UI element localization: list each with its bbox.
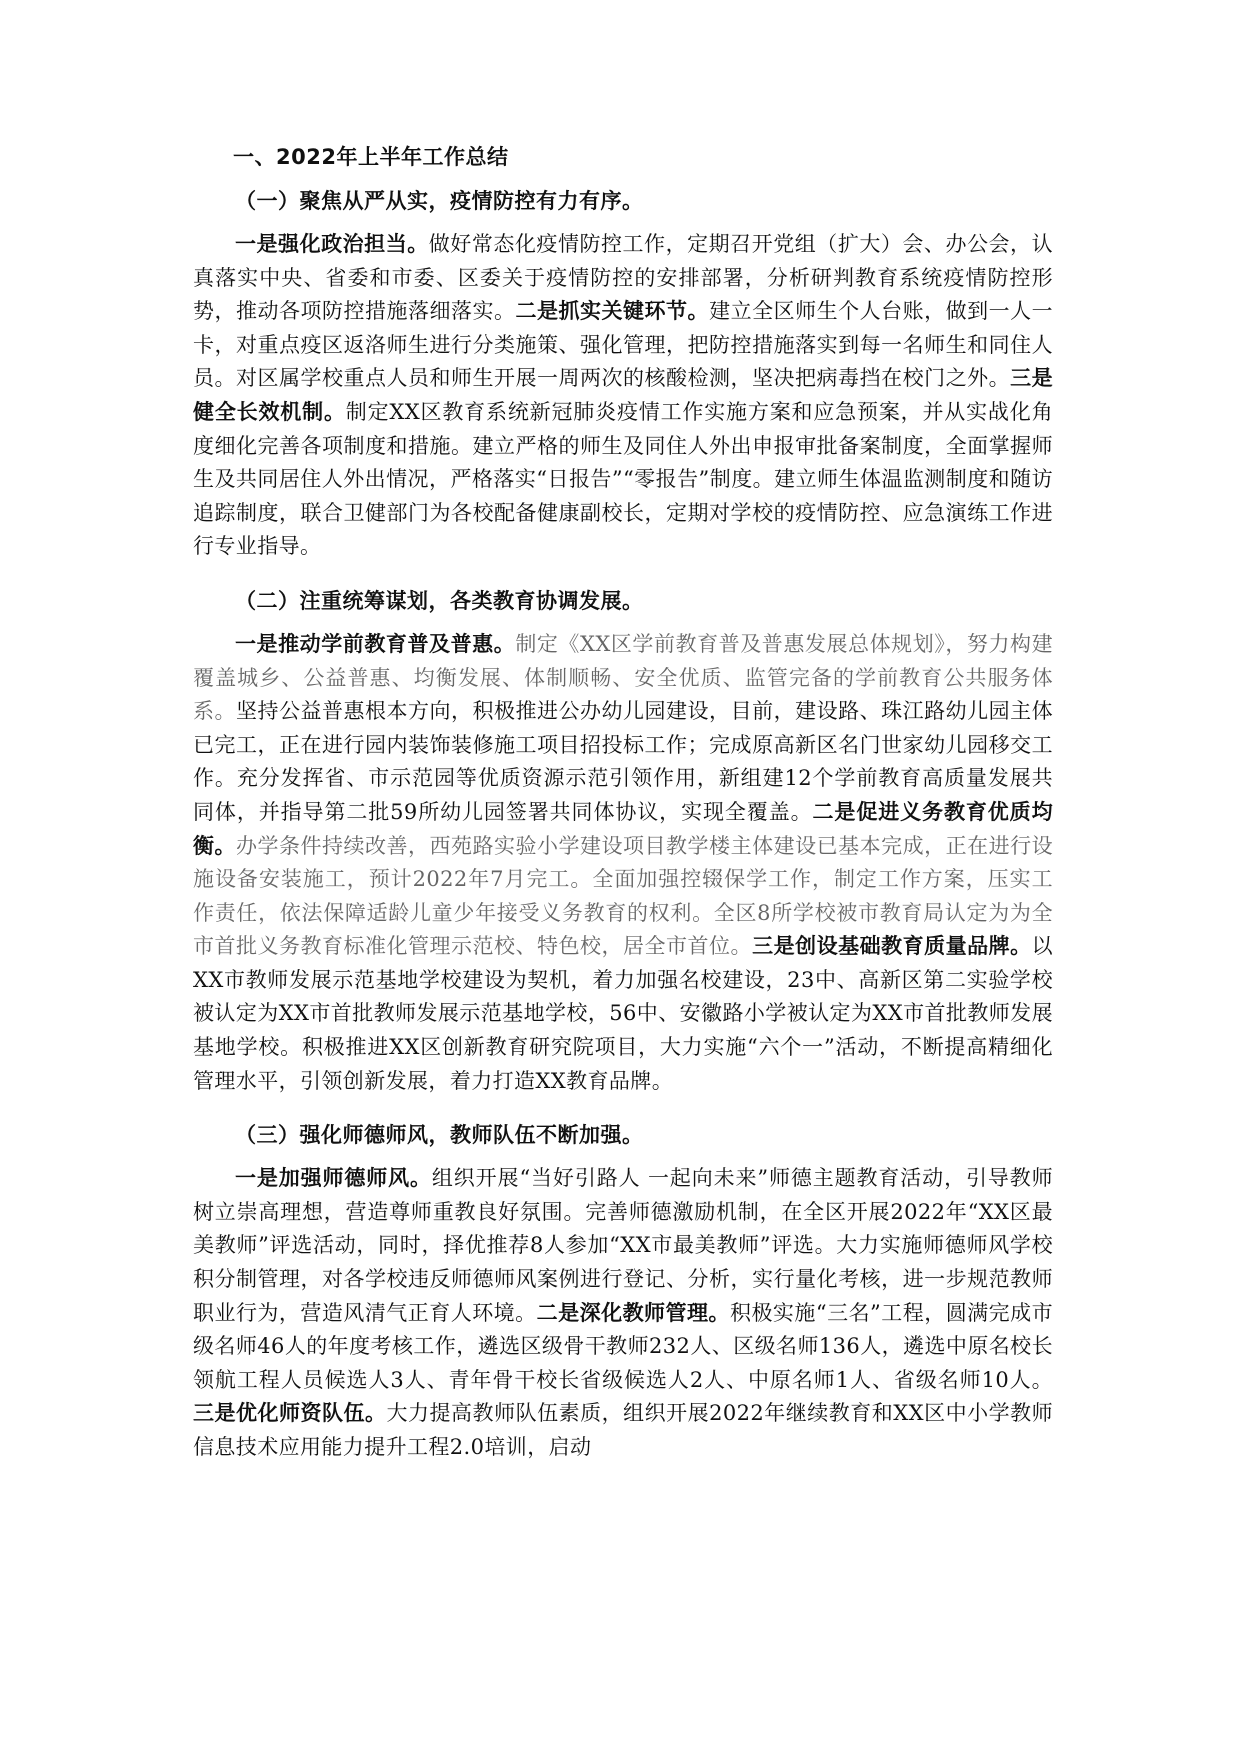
section-1-paragraph: 一是强化政治担当。做好常态化疫情防控工作，定期召开党组（扩大）会、办公会，认真落…: [193, 228, 1053, 564]
section-title-3: （三）强化师德师风，教师队伍不断加强。: [235, 1118, 1053, 1152]
point-2-title: 二是抓实关键环节。: [516, 299, 710, 323]
point-3-title: 三是创设基础教育质量品牌。: [752, 934, 1032, 958]
point-2-title: 二是深化教师管理。: [537, 1301, 730, 1325]
point-1-title: 一是推动学前教育普及普惠。: [235, 632, 515, 656]
point-1-title: 一是加强师德师风。: [235, 1166, 432, 1190]
document-page: 一、2022年上半年工作总结 （一）聚焦从严从实，疫情防控有力有序。 一是强化政…: [193, 140, 1053, 1485]
section-title-2: （二）注重统筹谋划，各类教育协调发展。: [235, 584, 1053, 618]
point-3-title: 三是优化师资队伍。: [193, 1401, 387, 1425]
point-1-title: 一是强化政治担当。: [235, 232, 429, 256]
main-heading: 一、2022年上半年工作总结: [233, 140, 1053, 174]
section-3-paragraph: 一是加强师德师风。组织开展“当好引路人 一起向未来”师德主题教育活动，引导教师树…: [193, 1162, 1053, 1464]
section-2-paragraph: 一是推动学前教育普及普惠。制定《XX区学前教育普及普惠发展总体规划》，努力构建覆…: [193, 628, 1053, 1098]
section-title-1: （一）聚焦从严从实，疫情防控有力有序。: [235, 184, 1053, 218]
